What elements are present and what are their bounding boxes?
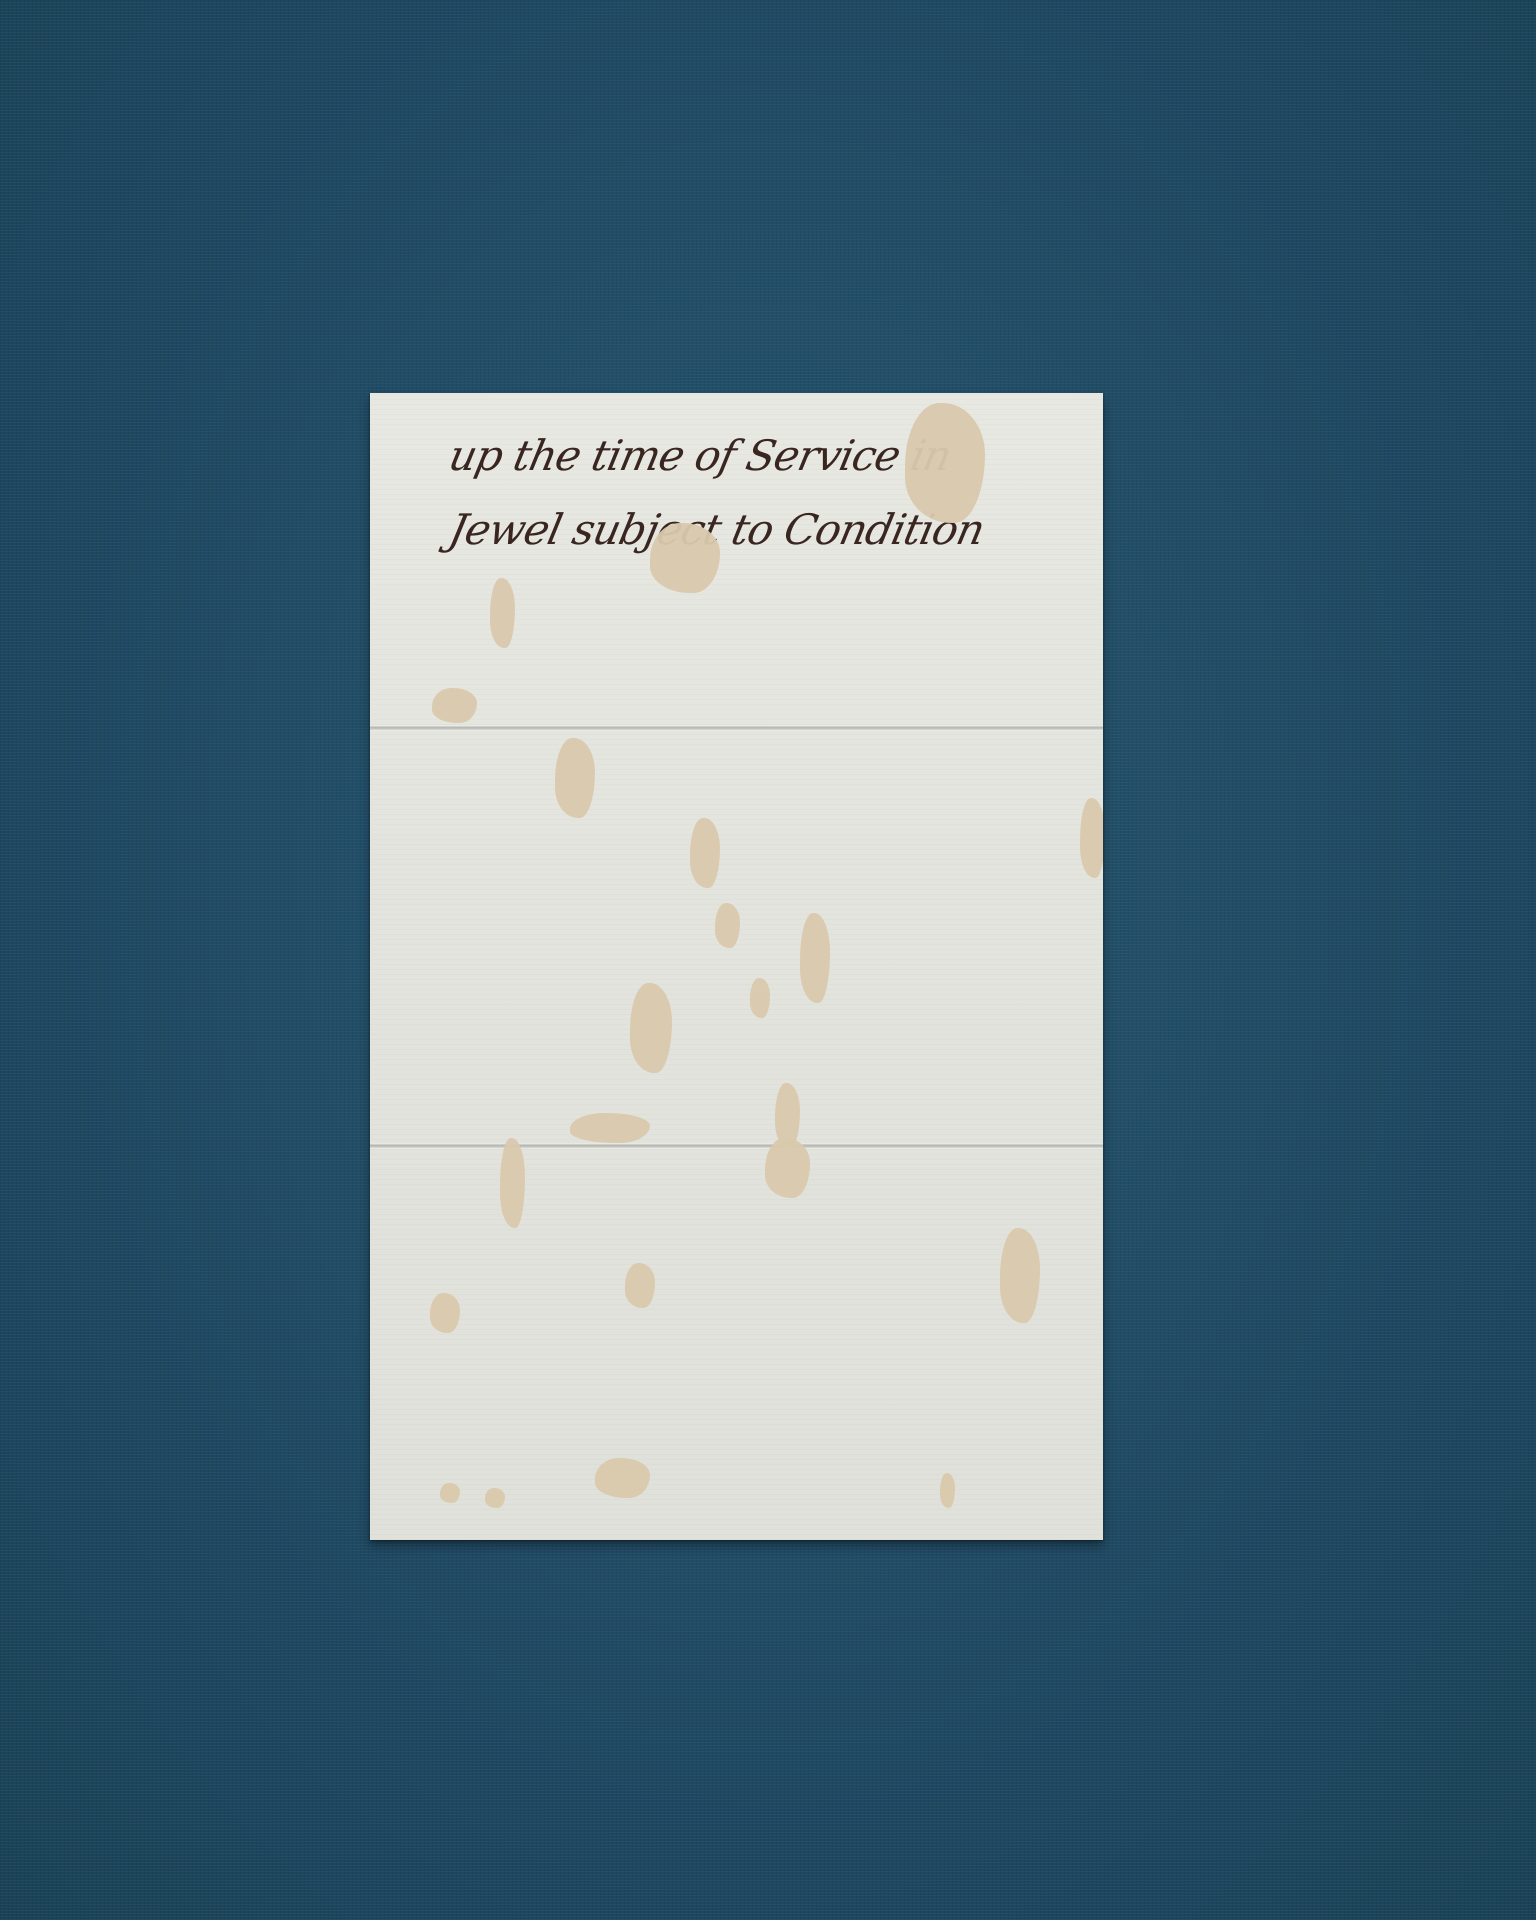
paper-loss-patch [500,1138,525,1228]
paper-loss-patch [715,903,740,948]
handwriting-line-1: up the time of Service in [445,431,955,480]
paper-loss-patch [1000,1228,1040,1323]
paper-loss-patch [432,688,477,723]
paper-loss-patch [905,403,985,523]
paper-loss-patch [765,1138,810,1198]
paper-loss-patch [555,738,595,818]
paper-loss-patch [650,523,720,593]
paper-loss-patch [485,1488,505,1508]
paper-loss-patch [595,1458,650,1498]
paper-loss-patch [430,1293,460,1333]
paper-loss-patch [940,1473,955,1508]
paper-loss-patch [440,1483,460,1503]
paper-loss-patch [570,1113,650,1143]
fold-line-upper [370,725,1103,731]
paper-loss-patch [690,818,720,888]
manuscript-sheet: up the time of Service in Jewel subject … [370,393,1103,1540]
paper-loss-patch [625,1263,655,1308]
paper-loss-patch [490,578,515,648]
paper-loss-patch [630,983,672,1073]
paper-loss-patch [1080,798,1103,878]
fold-line-lower [370,1143,1103,1149]
paper-loss-patch [800,913,830,1003]
paper-loss-patch [750,978,770,1018]
